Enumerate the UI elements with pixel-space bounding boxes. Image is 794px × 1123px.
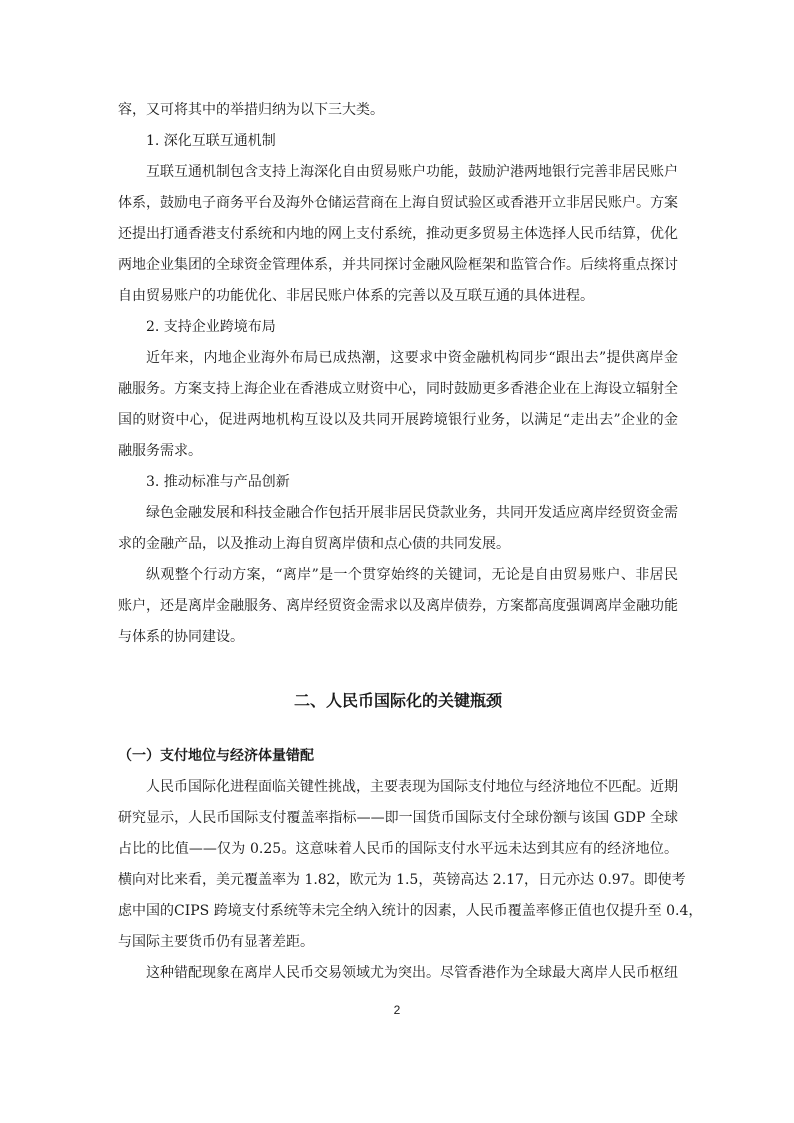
text-line: 自由贸易账户的功能优化、非居民账户体系的完善以及互联互通的具体进程。 [118, 286, 678, 306]
text-line: 互联互通机制包含支持上海深化自由贸易账户功能，鼓励沪港两地银行完善非居民账户 [118, 162, 678, 182]
text-line: 容，又可将其中的举措归纳为以下三大类。 [118, 100, 678, 120]
text-line: 横向对比来看，美元覆盖率为 1.82，欧元为 1.5，英镑高达 2.17，日元亦… [118, 870, 678, 890]
text-line: 虑中国的CIPS 跨境支付系统等未完全纳入统计的因素，人民币覆盖率修正值也仅提升… [118, 901, 678, 921]
section-heading: 二、人民币国际化的关键瓶颈 [118, 688, 678, 711]
text-line: 国的财资中心，促进两地机构互设以及共同开展跨境银行业务，以满足“走出去”企业的金 [118, 410, 678, 430]
text-line: 求的金融产品，以及推动上海自贸离岸债和点心债的共同发展。 [118, 534, 678, 554]
text-line: 人民币国际化进程面临关键性挑战，主要表现为国际支付地位与经济地位不匹配。近期 [118, 777, 678, 797]
subsection-heading: （一）支付地位与经济体量错配 [118, 745, 314, 765]
text-line: 1. 深化互联互通机制 [118, 131, 678, 151]
text-line: 还提出打通香港支付系统和内地的网上支付系统，推动更多贸易主体选择人民币结算，优化 [118, 224, 678, 244]
page-number: 2 [0, 1003, 794, 1017]
text-line: 体系，鼓励电子商务平台及海外仓储运营商在上海自贸试验区或香港开立非居民账户。方案 [118, 193, 678, 213]
text-line: 这种错配现象在离岸人民币交易领域尤为突出。尽管香港作为全球最大离岸人民币枢纽 [118, 963, 678, 983]
text-line: 占比的比值——仅为 0.25。这意味着人民币的国际支付水平远未达到其应有的经济地… [118, 839, 678, 859]
text-line: 研究显示，人民币国际支付覆盖率指标——即一国货币国际支付全球份额与该国 GDP … [118, 808, 678, 828]
text-line: 与国际主要货币仍有显著差距。 [118, 932, 678, 952]
text-line: 两地企业集团的全球资金管理体系，并共同探讨金融风险框架和监管合作。后续将重点探讨 [118, 255, 678, 275]
text-line: 融服务。方案支持上海企业在香港成立财资中心，同时鼓励更多香港企业在上海设立辐射全 [118, 379, 678, 399]
text-line: 绿色金融发展和科技金融合作包括开展非居民贷款业务，共同开发适应离岸经贸资金需 [118, 503, 678, 523]
text-line: 3. 推动标准与产品创新 [118, 472, 678, 492]
text-line: 2. 支持企业跨境布局 [118, 317, 678, 337]
text-line: 融服务需求。 [118, 441, 678, 461]
text-line: 与体系的协同建设。 [118, 627, 678, 647]
text-line: 近年来，内地企业海外布局已成热潮，这要求中资金融机构同步“跟出去”提供离岸金 [118, 348, 678, 368]
text-line: 纵观整个行动方案，“离岸”是一个贯穿始终的关键词，无论是自由贸易账户、非居民 [118, 565, 678, 585]
text-line: 账户，还是离岸金融服务、离岸经贸资金需求以及离岸债券，方案都高度强调离岸金融功能 [118, 596, 678, 616]
